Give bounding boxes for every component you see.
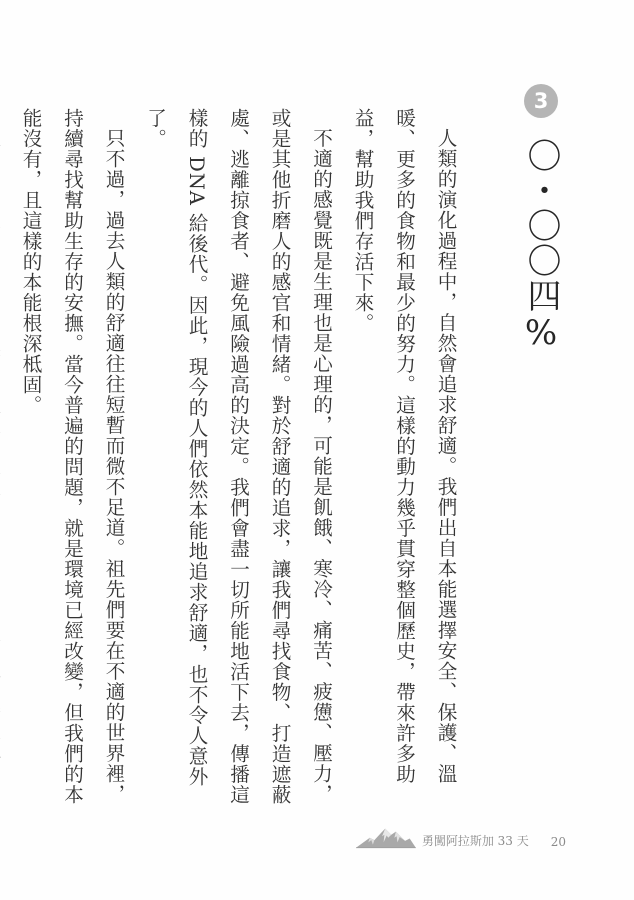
paragraph-1: 人類的演化過程中，自然會追求舒適。我們出自本能選擇安全、保護、溫暖、更多的食物和… [342, 108, 467, 808]
paragraph-4: 大約兩百五十萬年前，人類的祖先巧人（Homo habilis）從當時最聰明的猿人… [0, 108, 10, 808]
book-title: 勇闖阿拉斯加 33 天 [422, 832, 529, 852]
body-text: 人類的演化過程中，自然會追求舒適。我們出自本能選擇安全、保護、溫暖、更多的食物和… [0, 108, 466, 808]
page-number: 20 [551, 835, 566, 852]
paragraph-3: 只不過，過去人類的舒適往往短暫而微不足道。祖先們要在不適的世界裡，持續尋找幫助生… [10, 108, 135, 808]
book-page: 3 〇・〇〇四% 人類的演化過程中，自然會追求舒適。我們出自本能選擇安全、保護、… [0, 0, 634, 900]
chapter-title: 〇・〇〇四% [521, 138, 561, 354]
chapter-number-badge: 3 [524, 84, 558, 118]
paragraph-2: 不適的感覺既是生理也是心理的，可能是飢餓、寒冷、痛苦、疲憊、壓力，或是其他折磨人… [134, 108, 342, 808]
chapter-heading: 3 〇・〇〇四% [511, 84, 571, 354]
page-footer: 勇闖阿拉斯加 33 天 20 [356, 818, 566, 852]
mountain-icon [356, 822, 416, 852]
